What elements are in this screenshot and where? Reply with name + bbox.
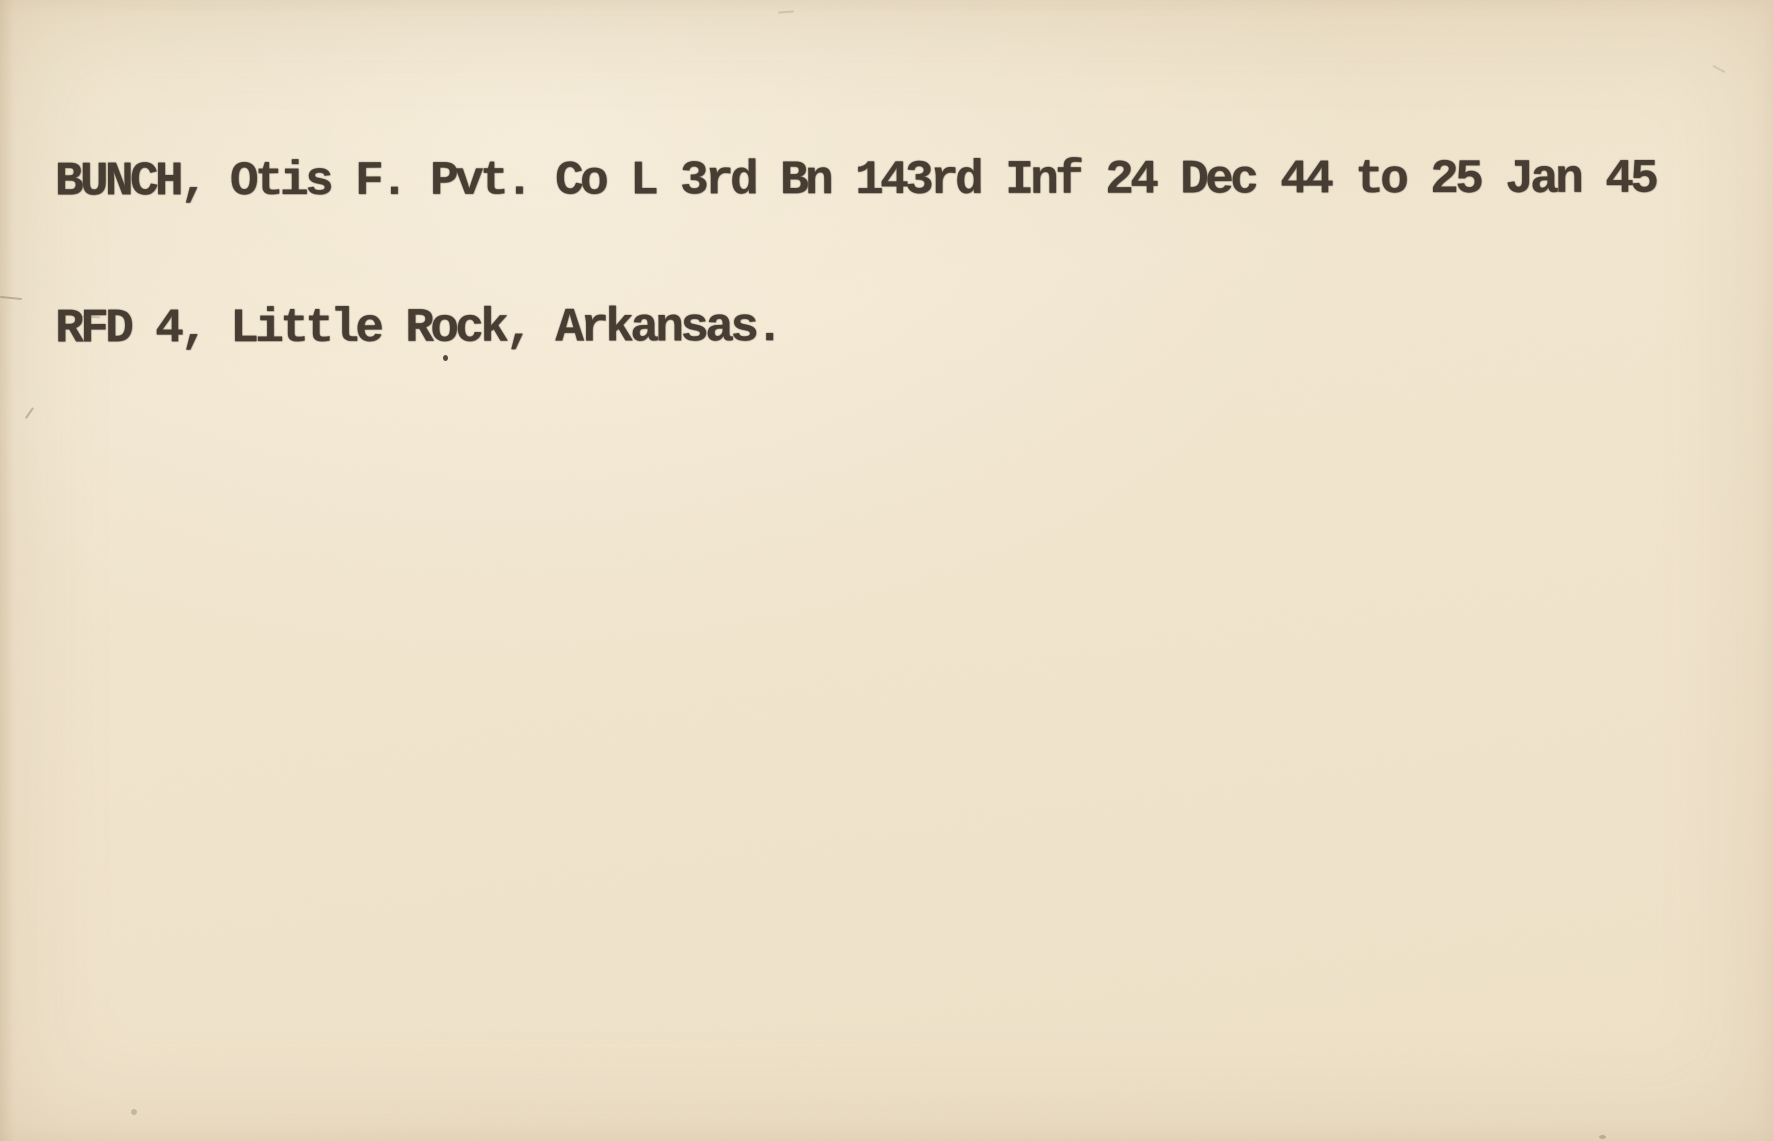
typewritten-text: BUNCH, Otis F. Pvt. Co L 3rd Bn 143rd In… <box>55 58 1656 453</box>
index-card: BUNCH, Otis F. Pvt. Co L 3rd Bn 143rd In… <box>0 0 1773 1141</box>
paper-fiber <box>1712 65 1725 73</box>
paper-fiber <box>778 10 794 13</box>
paper-speck <box>1599 1135 1606 1139</box>
card-line-address: RFD 4, Little Rock, Arkansas. <box>55 303 1655 355</box>
scan-edge-shadow <box>0 0 14 1141</box>
paper-fiber <box>0 296 22 300</box>
paper-fiber <box>25 407 34 419</box>
paper-speck <box>131 1109 137 1115</box>
card-line-service-record: BUNCH, Otis F. Pvt. Co L 3rd Bn 143rd In… <box>55 156 1655 208</box>
